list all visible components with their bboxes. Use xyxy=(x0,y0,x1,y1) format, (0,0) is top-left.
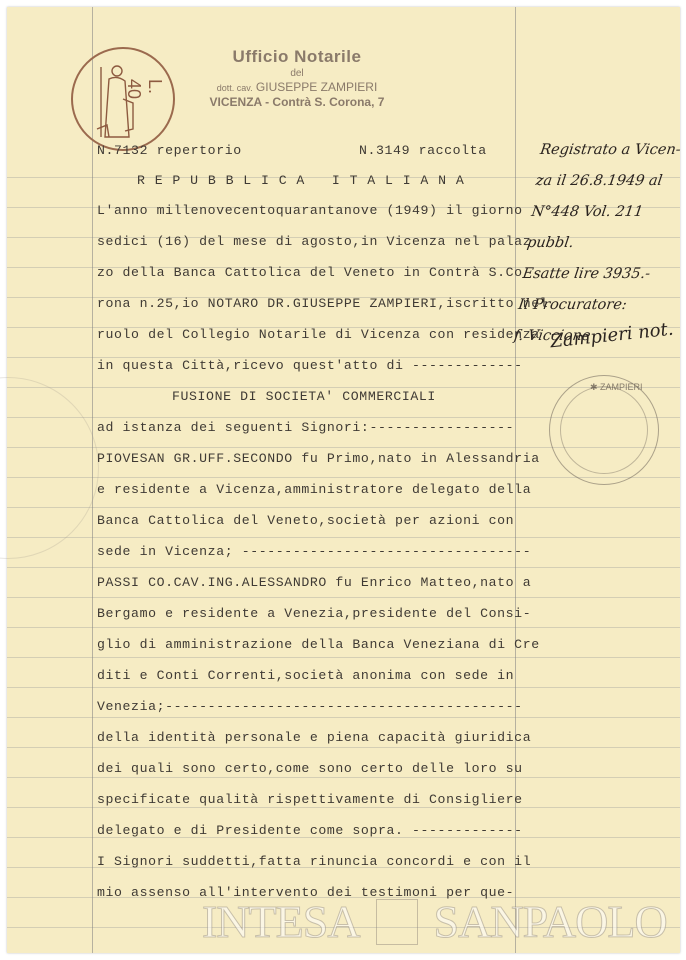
margin-note-line: Il Procuratore: xyxy=(516,290,680,321)
typed-line: delegato e di Presidente come sopra. ---… xyxy=(97,823,523,838)
watermark-right: SANPAOLO xyxy=(434,895,667,948)
letterhead-address: VICENZA - Contrà S. Corona, 7 xyxy=(172,95,422,109)
typed-line: della identità personale e piena capacit… xyxy=(97,730,531,745)
letterhead-notary-name: GIUSEPPE ZAMPIERI xyxy=(256,80,377,94)
intesa-sanpaolo-watermark: INTESA SANPAOLO xyxy=(202,895,667,948)
italia-figure-icon xyxy=(95,59,135,141)
typed-line: glio di amministrazione della Banca Vene… xyxy=(97,637,540,652)
document-page: L. 40 Ufficio Notarile del dott. cav. GI… xyxy=(7,7,680,953)
typed-line: rona n.25,io NOTARO DR.GIUSEPPE ZAMPIERI… xyxy=(97,296,548,311)
notary-seal: ✱ ZAMPIERI xyxy=(549,375,659,485)
watermark-logo-icon xyxy=(376,899,418,945)
typed-line: sede in Vicenza; -----------------------… xyxy=(97,544,531,559)
letterhead-name: dott. cav. GIUSEPPE ZAMPIERI xyxy=(172,80,422,94)
typed-line: in questa Città,ricevo quest'atto di ---… xyxy=(97,358,523,373)
stamp-value: L. 40 xyxy=(123,79,165,99)
typed-line: zo della Banca Cattolica del Veneto in C… xyxy=(97,265,531,280)
typed-line: sedici (16) del mese di agosto,in Vicenz… xyxy=(97,234,531,249)
typed-line: Banca Cattolica del Veneto,società per a… xyxy=(97,513,514,528)
typed-line: ad istanza dei seguenti Signori:--------… xyxy=(97,420,514,435)
watermark-left: INTESA xyxy=(202,895,360,948)
typed-line: dei quali sono certo,come sono certo del… xyxy=(97,761,523,776)
typed-line: PIOVESAN GR.UFF.SECONDO fu Primo,nato in… xyxy=(97,451,540,466)
typed-line: specificate qualità rispettivamente di C… xyxy=(97,792,523,807)
letterhead-name-prefix: dott. cav. xyxy=(217,83,253,93)
margin-note-line: Registrato a Vicen- xyxy=(538,135,686,166)
typed-line: diti e Conti Correnti,società anonima co… xyxy=(97,668,514,683)
typed-line: L'anno millenovecentoquarantanove (1949)… xyxy=(97,203,523,218)
letterhead: Ufficio Notarile del dott. cav. GIUSEPPE… xyxy=(172,47,422,109)
margin-note-line: Esatte lire 3935.- xyxy=(520,259,684,290)
margin-note-line: N°448 Vol. 211 pubbl. xyxy=(525,197,686,259)
margin-note-line: za il 26.8.1949 al xyxy=(534,166,686,197)
right-margin-rule xyxy=(515,7,516,953)
faint-stamp-impression xyxy=(0,377,99,559)
typed-line: PASSI CO.CAV.ING.ALESSANDRO fu Enrico Ma… xyxy=(97,575,531,590)
typed-line: Bergamo e residente a Venezia,presidente… xyxy=(97,606,531,621)
seal-inner-ring xyxy=(560,386,648,474)
typed-line: I Signori suddetti,fatta rinuncia concor… xyxy=(97,854,531,869)
document-title: REPUBBLICA ITALIANA xyxy=(137,173,474,188)
raccolta-number: N.3149 raccolta xyxy=(359,143,487,158)
deed-heading: FUSIONE DI SOCIETA' COMMERCIALI xyxy=(172,389,436,404)
typed-line: ruolo del Collegio Notarile di Vicenza c… xyxy=(97,327,540,342)
repertorio-number: N.7132 repertorio xyxy=(97,143,242,158)
letterhead-del: del xyxy=(172,68,422,79)
revenue-stamp: L. 40 xyxy=(71,47,175,151)
typed-line: Venezia;--------------------------------… xyxy=(97,699,523,714)
letterhead-title: Ufficio Notarile xyxy=(172,47,422,67)
typed-line: e residente a Vicenza,amministratore del… xyxy=(97,482,531,497)
seal-text: ✱ ZAMPIERI xyxy=(590,382,643,393)
